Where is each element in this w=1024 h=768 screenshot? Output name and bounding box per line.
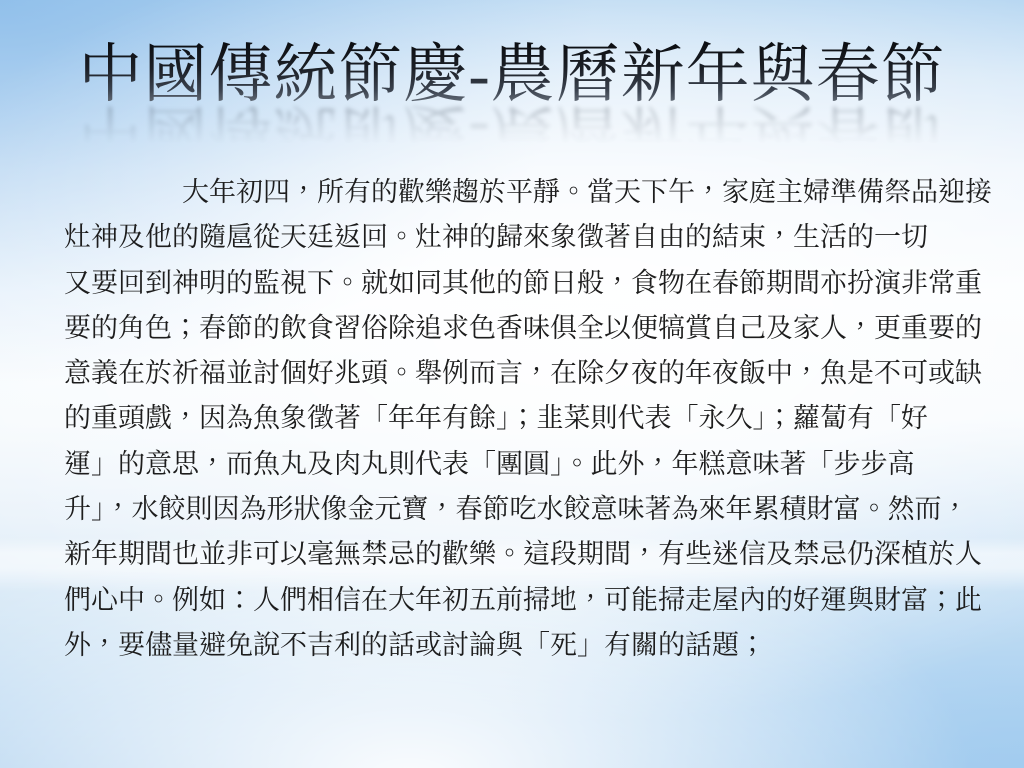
body-text-line: 運」的意思，而魚丸及肉丸則代表「團圓」。此外，年糕意味著「步步高 [64, 442, 994, 487]
body-text-line: 要的角色；春節的飲食習俗除追求色香味俱全以便犒賞自己及家人，更重要的 [64, 306, 994, 351]
title-block: 中國傳統節慶-農曆新年與春節 中國傳統節慶-農曆新年與春節 [0, 38, 1024, 169]
body-text-line: 又要回到神明的監視下。就如同其他的節日般，食物在春節期間亦扮演非常重 [64, 261, 994, 306]
body-text-line: 意義在於祈福並討個好兆頭。舉例而言，在除夕夜的年夜飯中，魚是不可或缺 [64, 351, 994, 396]
body-text-line: 外，要儘量避免說不吉利的話或討論與「死」有關的話題； [64, 623, 994, 668]
body-text: 大年初四，所有的歡樂趨於平靜。當天下午，家庭主婦準備祭品迎接 灶神及他的隨扈從天… [64, 170, 994, 668]
body-text-line: 升」，水餃則因為形狀像金元寶，春節吃水餃意味著為來年累積財富。然而， [64, 487, 994, 532]
body-text-line: 大年初四，所有的歡樂趨於平靜。當天下午，家庭主婦準備祭品迎接 [64, 170, 994, 215]
slide-canvas: 中國傳統節慶-農曆新年與春節 中國傳統節慶-農曆新年與春節 大年初四，所有的歡樂… [0, 0, 1024, 768]
body-text-line: 新年期間也並非可以毫無禁忌的歡樂。這段期間，有些迷信及禁忌仍深植於人 [64, 532, 994, 577]
body-text-line: 們心中。例如：人們相信在大年初五前掃地，可能掃走屋內的好運與財富；此 [64, 578, 994, 623]
body-text-line: 的重頭戲，因為魚象徵著「年年有餘」；韭菜則代表「永久」；蘿蔔有「好 [64, 396, 994, 441]
body-text-line: 灶神及他的隨扈從天廷返回。灶神的歸來象徵著自由的結束，生活的一切 [64, 215, 994, 260]
slide-title: 中國傳統節慶-農曆新年與春節 [0, 38, 1024, 112]
